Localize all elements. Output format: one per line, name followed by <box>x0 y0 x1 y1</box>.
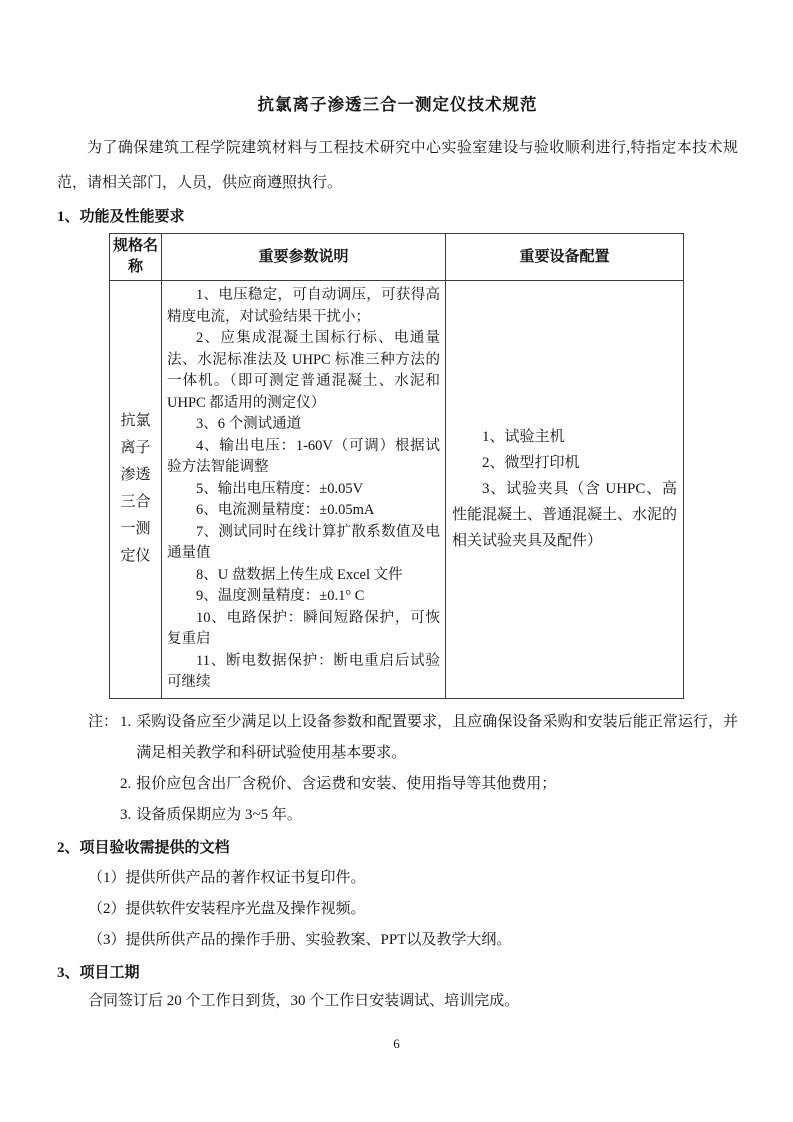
notes-list: 1. 采购设备应至少满足以上设备参数和配置要求，且应确保设备采购和安装后能正常运… <box>120 707 738 831</box>
spec-name-line: 定仪 <box>112 543 159 570</box>
section2-items: （1）提供所供产品的著作权证书复印件。 （2）提供软件安装程序光盘及操作视频。 … <box>88 863 738 956</box>
note-text: 报价应包含出厂含税价、含运费和安装、使用指导等其他费用； <box>136 769 738 800</box>
section3-body: 合同签订后 20 个工作日到货，30 个工作日安装调试、培训完成。 <box>88 986 738 1017</box>
parameter-item: 2、应集成混凝土国标行标、电通量法、水泥标准法及 UHPC 标准三种方法的一体机… <box>167 328 440 414</box>
parameter-item: 6、电流测量精度：±0.05mA <box>167 500 440 522</box>
section2-item: （2）提供软件安装程序光盘及操作视频。 <box>88 894 738 925</box>
spec-name-cell: 抗氯 离子 渗透 三合 一测 定仪 <box>110 281 162 699</box>
parameter-item: 7、测试同时在线计算扩散系数值及电通量值 <box>167 522 440 565</box>
note-number: 3. <box>120 800 131 831</box>
parameter-item: 11、断电数据保护：断电重启后试验可继续 <box>167 651 440 694</box>
equipment-item: 3、试验夹具（含 UHPC、高性能混凝土、普通混凝土、水泥的相关试验夹具及配件） <box>452 476 677 554</box>
note-number: 1. <box>120 707 131 769</box>
document-page: 抗氯离子渗透三合一测定仪技术规范 为了确保建筑工程学院建筑材料与工程技术研究中心… <box>0 0 793 1122</box>
spec-name-line: 一测 <box>112 516 159 543</box>
header-spec-name: 规格名称 <box>110 234 162 281</box>
parameter-item: 4、输出电压：1-60V（可调）根据试验方法智能调整 <box>167 436 440 479</box>
equipment-cell: 1、试验主机 2、微型打印机 3、试验夹具（含 UHPC、高性能混凝土、普通混凝… <box>446 281 684 699</box>
header-equipment: 重要设备配置 <box>446 234 684 281</box>
spec-name-line: 渗透 <box>112 462 159 489</box>
header-parameters: 重要参数说明 <box>162 234 446 281</box>
section3-heading: 3、项目工期 <box>57 960 738 986</box>
equipment-item: 1、试验主机 <box>452 424 677 450</box>
parameter-item: 9、温度测量精度：±0.1° C <box>167 586 440 608</box>
note-item: 1. 采购设备应至少满足以上设备参数和配置要求，且应确保设备采购和安装后能正常运… <box>120 707 738 769</box>
note-text: 设备质保期应为 3~5 年。 <box>136 800 738 831</box>
parameter-item: 5、输出电压精度：±0.05V <box>167 479 440 501</box>
section1-heading: 1、功能及性能要求 <box>57 204 738 230</box>
spec-name-line: 三合 <box>112 489 159 516</box>
notes-block: 注： 1. 采购设备应至少满足以上设备参数和配置要求，且应确保设备采购和安装后能… <box>88 707 738 831</box>
intro-paragraph: 为了确保建筑工程学院建筑材料与工程技术研究中心实验室建设与验收顺利进行,特指定本… <box>57 131 738 201</box>
parameters-cell: 1、电压稳定，可自动调压，可获得高精度电流，对试验结果干扰小； 2、应集成混凝土… <box>162 281 446 699</box>
document-title: 抗氯离子渗透三合一测定仪技术规范 <box>57 95 738 115</box>
parameter-item: 1、电压稳定，可自动调压，可获得高精度电流，对试验结果干扰小； <box>167 285 440 328</box>
equipment-item: 2、微型打印机 <box>452 450 677 476</box>
note-number: 2. <box>120 769 131 800</box>
parameter-item: 10、电路保护：瞬间短路保护，可恢复重启 <box>167 608 440 651</box>
note-item: 2. 报价应包含出厂含税价、含运费和安装、使用指导等其他费用； <box>120 769 738 800</box>
section2-item: （1）提供所供产品的著作权证书复印件。 <box>88 863 738 894</box>
section2-item: （3）提供所供产品的操作手册、实验教案、PPT以及教学大纲。 <box>88 925 738 956</box>
parameter-item: 8、U 盘数据上传生成 Excel 文件 <box>167 565 440 587</box>
page-number: 6 <box>0 1036 793 1052</box>
parameter-item: 3、6 个测试通道 <box>167 414 440 436</box>
spec-name-line: 抗氯 <box>112 408 159 435</box>
note-text: 采购设备应至少满足以上设备参数和配置要求，且应确保设备采购和安装后能正常运行，并… <box>136 707 738 769</box>
spec-table-row: 抗氯 离子 渗透 三合 一测 定仪 <box>110 281 684 699</box>
spec-table: 规格名称 重要参数说明 重要设备配置 抗氯 离子 渗透 <box>109 233 684 699</box>
section2-heading: 2、项目验收需提供的文档 <box>57 835 738 861</box>
note-item: 3. 设备质保期应为 3~5 年。 <box>120 800 738 831</box>
spec-name-line: 离子 <box>112 435 159 462</box>
document-body: 抗氯离子渗透三合一测定仪技术规范 为了确保建筑工程学院建筑材料与工程技术研究中心… <box>57 95 738 1017</box>
spec-table-header: 规格名称 重要参数说明 重要设备配置 <box>110 234 684 281</box>
notes-label: 注： <box>88 707 118 738</box>
